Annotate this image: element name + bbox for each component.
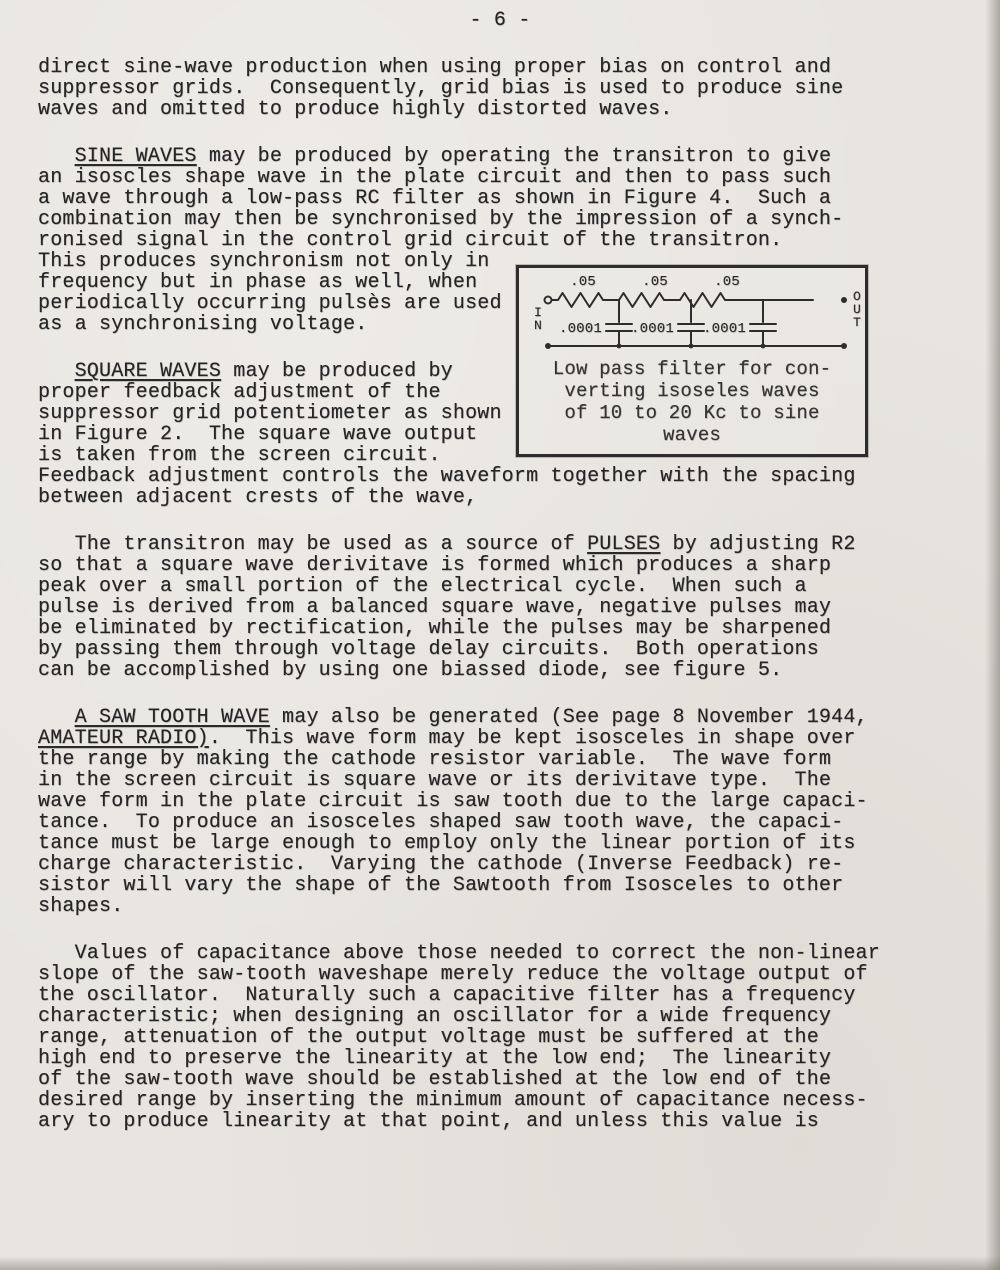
circuit-drawing: .05 .05 .05 .0001 .0001 .0001 IN OUT (522, 272, 862, 354)
junction-dot (761, 344, 766, 349)
lowpass-filter-circuit-diagram: .05 .05 .05 .0001 .0001 .0001 (522, 272, 862, 354)
output-terminal-top-icon (841, 297, 847, 303)
square-waves-heading: SQUARE WAVES (75, 360, 221, 383)
capacitor-value-label: .0001 (559, 321, 602, 337)
figure-caption: Low pass filter for con- verting isosele… (519, 358, 865, 446)
saw-tooth-heading-rest: may also be generated (See page 8 Novemb… (270, 706, 868, 729)
square-waves-body: proper feedback adjustment of the suppre… (38, 382, 516, 466)
text-figure-row: This produces synchronism not only in fr… (38, 251, 962, 466)
saw-tooth-body: the range by making the cathode resistor… (38, 749, 962, 917)
amateur-radio-line: AMATEUR RADIO). This wave form may be ke… (38, 728, 962, 749)
output-label: OUT (853, 290, 864, 329)
resistor-value-label: .05 (570, 274, 596, 290)
paragraph-sine-waves: SINE WAVES may be produced by operating … (38, 146, 962, 251)
pulses-heading-line: The transitron may be used as a source o… (38, 534, 962, 555)
indent (38, 145, 75, 168)
output-terminal-bottom-icon (841, 343, 847, 349)
input-label: IN (534, 306, 545, 332)
narrow-text-column: This produces synchronism not only in fr… (38, 251, 516, 466)
pulses-body: so that a square wave derivitave is form… (38, 555, 962, 681)
sine-waves-body: an isoscles shape wave in the plate circ… (38, 167, 962, 251)
sine-waves-heading-line: SINE WAVES may be produced by operating … (38, 146, 962, 167)
square-waves-heading-line: SQUARE WAVES may be produced by (38, 361, 516, 382)
page-number: - 6 - (38, 10, 962, 31)
pulses-line-rest: by adjusting R2 (660, 533, 855, 556)
resistor-chain-icon (552, 293, 813, 307)
paragraph-square-waves: SQUARE WAVES may be produced byproper fe… (38, 361, 516, 466)
paragraph-values: Values of capacitance above those needed… (38, 943, 962, 1132)
saw-tooth-heading-line: A SAW TOOTH WAVE may also be generated (… (38, 707, 962, 728)
junction-dot (689, 344, 694, 349)
sine-waves-heading-rest: may be produced by operating the transit… (197, 145, 832, 168)
input-terminal-icon (545, 297, 552, 304)
junction-dot (617, 344, 622, 349)
paragraph-intro: direct sine-wave production when using p… (38, 57, 962, 120)
resistor-value-label: .05 (642, 274, 668, 290)
square-waves-full-width: Feedback adjustment controls the wavefor… (38, 466, 962, 508)
figure-lowpass-filter: .05 .05 .05 .0001 .0001 .0001 IN OUT Low… (516, 265, 868, 457)
page-content: - 6 - direct sine-wave production when u… (0, 0, 1000, 1132)
junction-dot (545, 343, 551, 349)
pulses-heading: PULSES (587, 533, 660, 556)
amateur-radio-line-rest: . This wave form may be kept isosceles i… (209, 727, 856, 750)
resistor-value-label: .05 (714, 274, 740, 290)
paragraph-pulses: The transitron may be used as a source o… (38, 534, 962, 681)
capacitor-value-label: .0001 (703, 321, 746, 337)
indent (38, 360, 75, 383)
figure-column: .05 .05 .05 .0001 .0001 .0001 IN OUT Low… (516, 265, 868, 457)
saw-tooth-heading: A SAW TOOTH WAVE (75, 706, 270, 729)
amateur-radio-heading: AMATEUR RADIO) (38, 727, 209, 750)
page-edge-shadow-bottom (0, 1256, 1000, 1270)
indent (38, 706, 75, 729)
capacitor-icon (606, 300, 632, 346)
paragraph-saw-tooth: A SAW TOOTH WAVE may also be generated (… (38, 707, 962, 917)
capacitor-icon (750, 300, 776, 346)
sine-waves-heading: SINE WAVES (75, 145, 197, 168)
capacitor-icon (678, 300, 704, 346)
sine-waves-continued: This produces synchronism not only in fr… (38, 251, 516, 335)
pulses-line-start: The transitron may be used as a source o… (38, 533, 587, 556)
square-waves-heading-rest: may be produced by (221, 360, 453, 383)
document-page: - 6 - direct sine-wave production when u… (0, 0, 1000, 1270)
capacitor-value-label: .0001 (631, 321, 674, 337)
